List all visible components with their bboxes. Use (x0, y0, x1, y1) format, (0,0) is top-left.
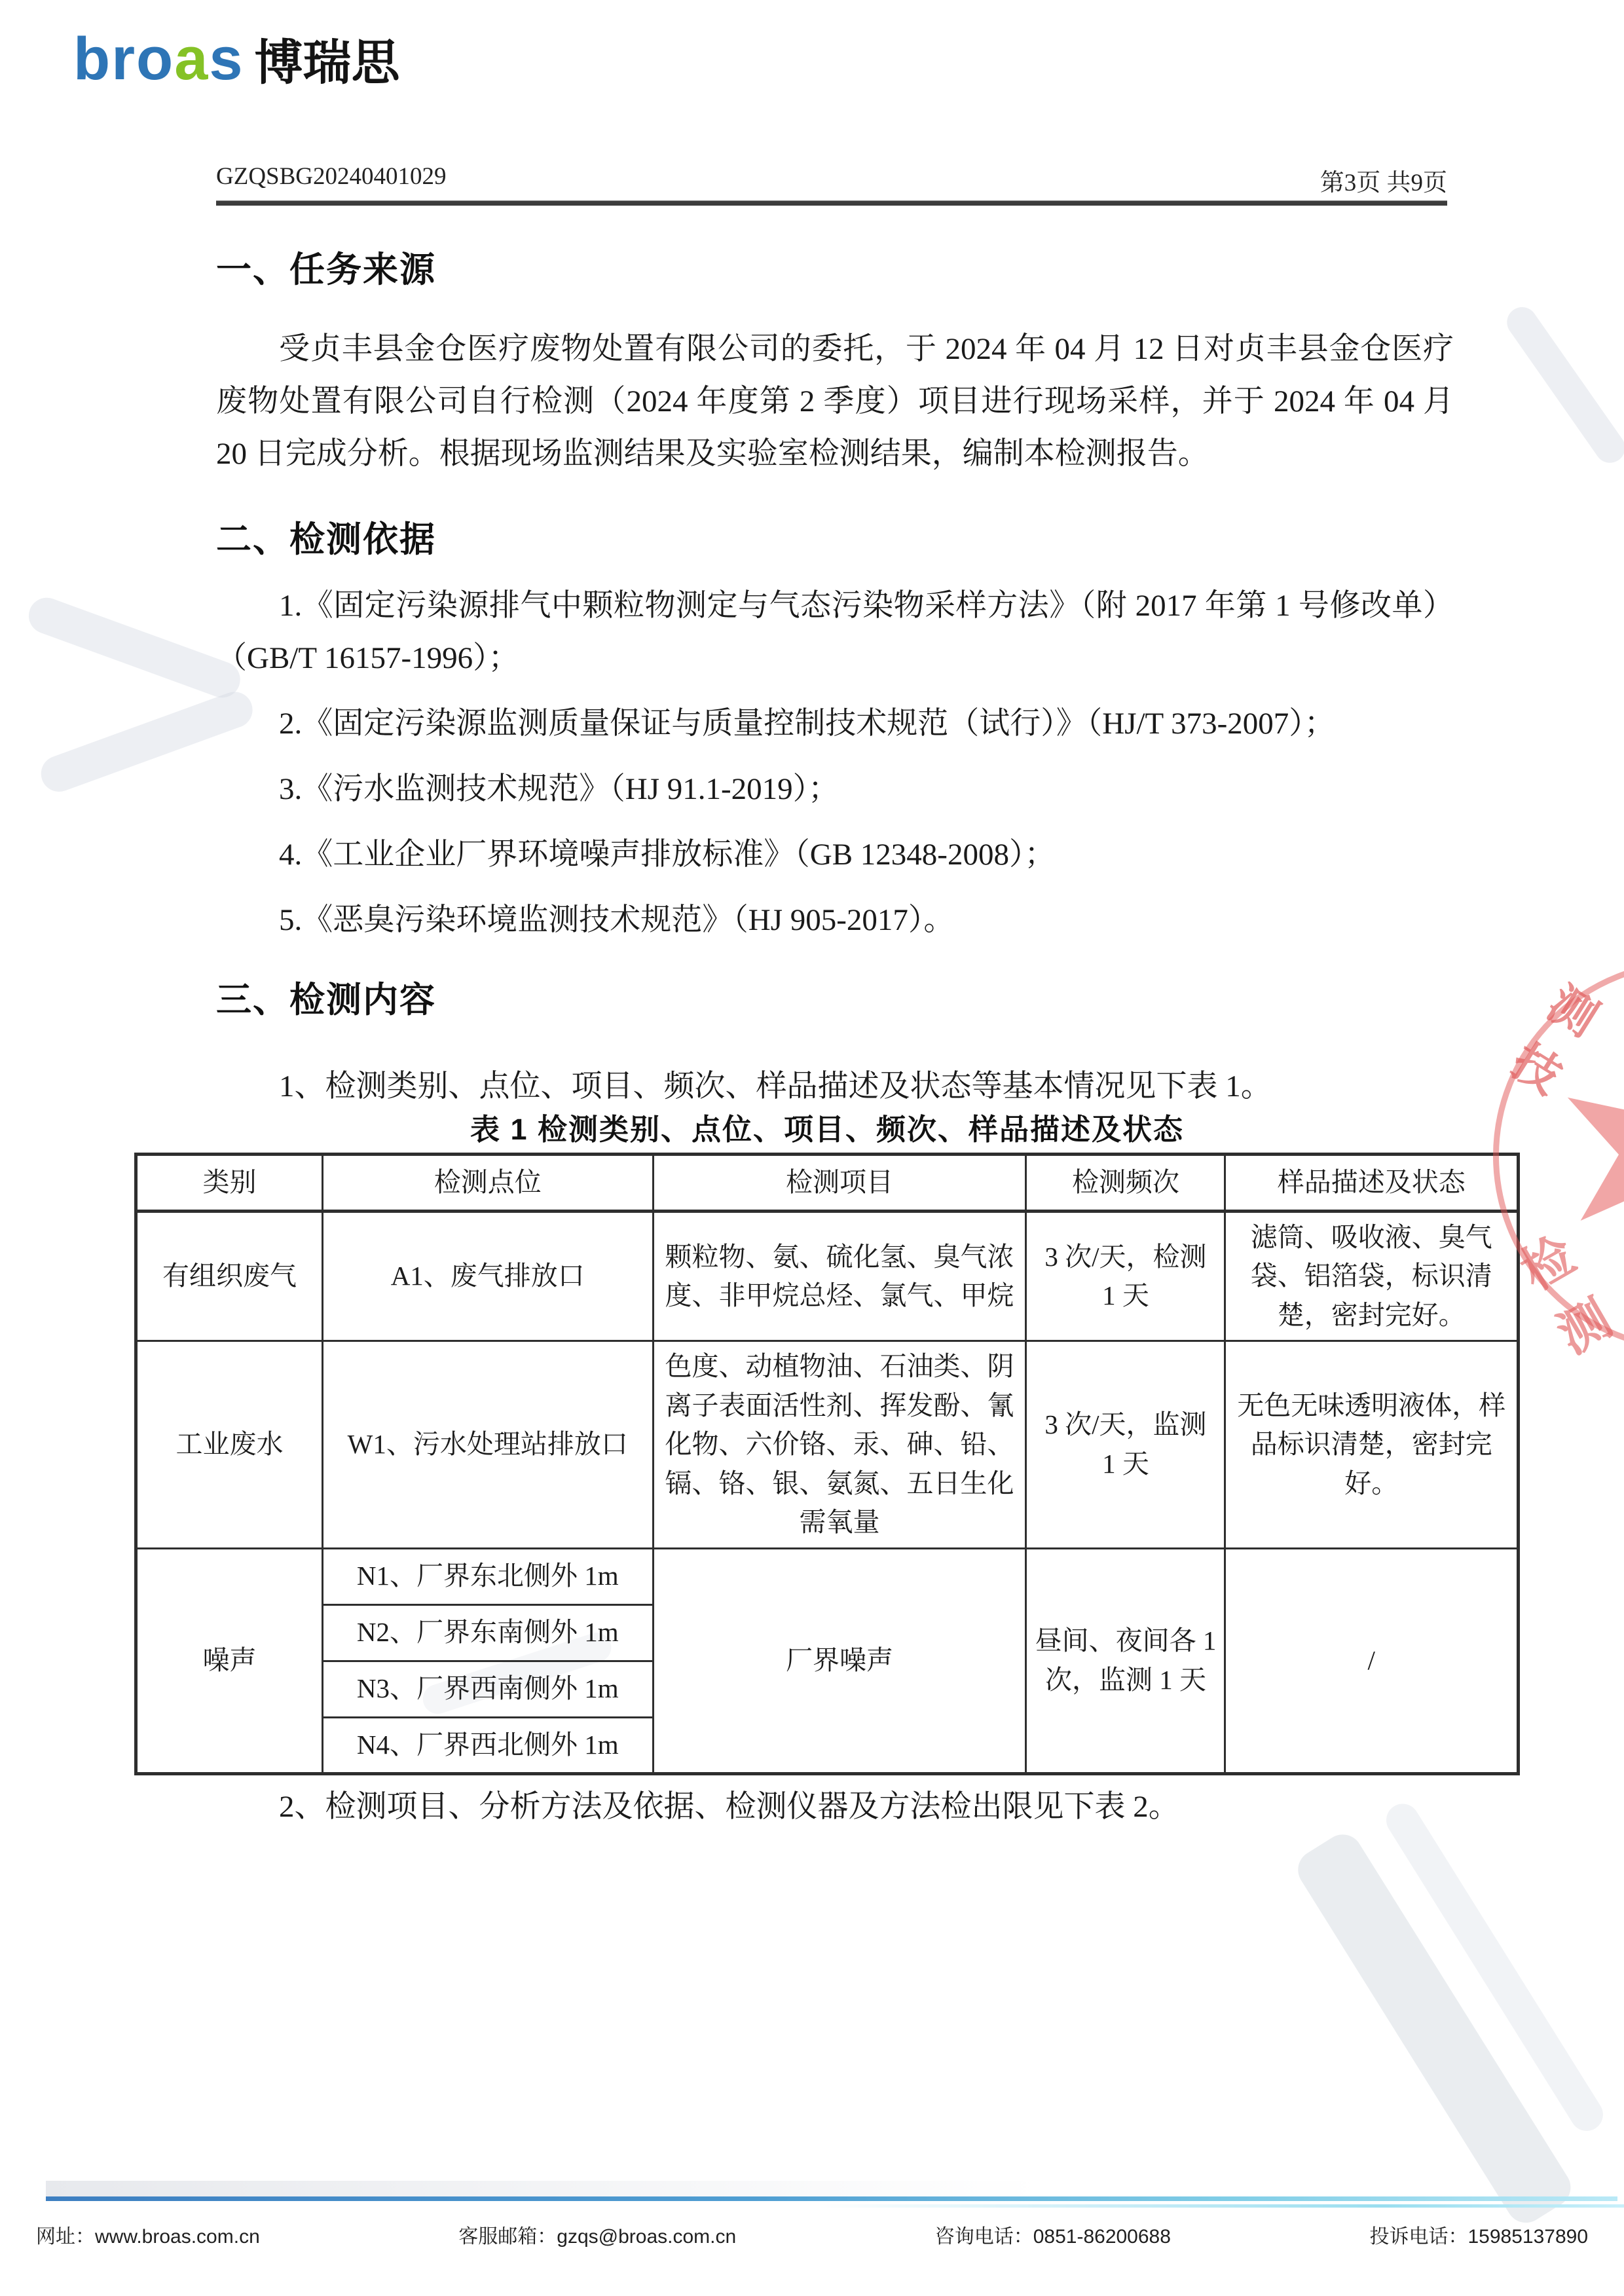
footer-phone: 咨询电话：0851-86200688 (935, 2220, 1171, 2249)
table1: 类别 检测点位 检测项目 检测频次 样品描述及状态 有组织废气 A1、废气排放口… (134, 1153, 1520, 1775)
cell-gas-sample: 滤筒、吸收液、臭气袋、铝箔袋，标识清楚，密封完好。 (1225, 1212, 1519, 1341)
footer-blue-rule (46, 2196, 1617, 2201)
page-footer: 网址：www.broas.com.cn 客服邮箱：gzqs@broas.com.… (36, 2220, 1588, 2249)
brand-letters-blue: bro (73, 26, 174, 92)
column-header-frequency: 检测频次 (1026, 1155, 1225, 1212)
stamp-arc-text-bottom: 检测 (1505, 1197, 1624, 1368)
table-header-row: 类别 检测点位 检测项目 检测频次 样品描述及状态 (136, 1155, 1519, 1212)
cell-water-point: W1、污水处理站排放口 (322, 1341, 653, 1548)
cell-gas-items: 颗粒物、氨、硫化氢、臭气浓度、非甲烷总烃、氯气、甲烷 (653, 1212, 1026, 1341)
cell-noise-point-n1: N1、厂界东北侧外 1m (322, 1548, 653, 1604)
cell-noise-point-n3: N3、厂界西南侧外 1m (322, 1661, 653, 1717)
column-header-category: 类别 (136, 1155, 323, 1212)
section3-item2: 2、检测项目、分析方法及依据、检测仪器及方法检出限见下表 2。 (216, 1781, 1454, 1833)
section1-title: 一、任务来源 (216, 251, 436, 289)
cell-noise-category: 噪声 (136, 1548, 323, 1773)
list-item: 5.《恶臭污染环境监测技术规范》（HJ 905-2017）。 (216, 894, 1454, 946)
footer-cyan-rule (819, 2204, 1624, 2208)
brand-letter-blue2: s (209, 26, 244, 92)
cell-gas-category: 有组织废气 (136, 1212, 323, 1341)
section3-item1: 1、检测类别、点位、项目、频次、样品描述及状态等基本情况见下表 1。 (216, 1060, 1454, 1113)
column-header-items: 检测项目 (653, 1155, 1026, 1212)
watermark-stripe (24, 593, 245, 703)
cell-noise-frequency: 昼间、夜间各 1 次，监测 1 天 (1026, 1548, 1225, 1773)
cell-noise-point-n4: N4、厂界西北侧外 1m (322, 1717, 653, 1773)
document-page: broas 博瑞思 GZQSBG20240401029 第3页 共9页 一、任务… (0, 0, 1624, 2296)
section3-title: 三、检测内容 (216, 981, 436, 1020)
section2-list: 1.《固定污染源排气中颗粒物测定与气态污染物采样方法》（附 2017 年第 1 … (216, 580, 1454, 959)
list-item: 3.《污水监测技术规范》（HJ 91.1-2019）； (216, 763, 1454, 815)
brand-letter-green: a (174, 26, 209, 92)
cell-gas-point: A1、废气排放口 (322, 1212, 653, 1341)
cell-noise-point-n2: N2、厂界东南侧外 1m (322, 1604, 653, 1661)
page-number-info: 第3页 共9页 (1320, 162, 1447, 198)
brand-logo-cjk: 博瑞思 (255, 39, 400, 87)
section2-title: 二、检测依据 (216, 521, 436, 559)
watermark-stripe (1291, 1827, 1578, 2230)
cell-water-category: 工业废水 (136, 1341, 323, 1548)
brand-logo: broas 博瑞思 (73, 29, 400, 89)
footer-complaint-phone: 投诉电话：15985137890 (1369, 2220, 1588, 2249)
table1-title: 表 1 检测类别、点位、项目、频次、样品描述及状态 (134, 1105, 1520, 1148)
column-header-point: 检测点位 (322, 1155, 653, 1212)
cell-water-frequency: 3 次/天，监测 1 天 (1026, 1341, 1225, 1548)
brand-logo-latin: broas (73, 29, 244, 89)
cell-water-items: 色度、动植物油、石油类、阴离子表面活性剂、挥发酚、氰化物、六价铬、汞、砷、铅、镉… (653, 1341, 1026, 1548)
list-item: 2.《固定污染源监测质量保证与质量控制技术规范（试行）》（HJ/T 373-20… (216, 697, 1454, 750)
cell-noise-items: 厂界噪声 (653, 1548, 1026, 1773)
table1-wrap: 类别 检测点位 检测项目 检测频次 样品描述及状态 有组织废气 A1、废气排放口… (134, 1153, 1520, 1775)
header-divider (216, 200, 1447, 206)
table-row-gas: 有组织废气 A1、废气排放口 颗粒物、氨、硫化氢、臭气浓度、非甲烷总烃、氯气、甲… (136, 1212, 1519, 1341)
table-row-wastewater: 工业废水 W1、污水处理站排放口 色度、动植物油、石油类、阴离子表面活性剂、挥发… (136, 1341, 1519, 1548)
watermark-stripe (1501, 301, 1624, 469)
list-item: 1.《固定污染源排气中颗粒物测定与气态污染物采样方法》（附 2017 年第 1 … (216, 580, 1454, 684)
footer-email: 客服邮箱：gzqs@broas.com.cn (458, 2220, 736, 2249)
watermark-stripe (1380, 1798, 1610, 2137)
cell-noise-sample: / (1225, 1548, 1519, 1773)
stamp-star-icon: ★ (1518, 992, 1624, 1297)
page-header: GZQSBG20240401029 第3页 共9页 (216, 162, 1447, 198)
cell-gas-frequency: 3 次/天，检测 1 天 (1026, 1212, 1225, 1341)
footer-website: 网址：www.broas.com.cn (36, 2220, 260, 2249)
list-item: 4.《工业企业厂界环境噪声排放标准》（GB 12348-2008）； (216, 828, 1454, 881)
column-header-sample: 样品描述及状态 (1225, 1155, 1519, 1212)
section1-paragraph: 受贞丰县金仓医疗废物处置有限公司的委托，于 2024 年 04 月 12 日对贞… (216, 323, 1454, 480)
report-number: GZQSBG20240401029 (216, 162, 447, 198)
table-row-noise-1: 噪声 N1、厂界东北侧外 1m 厂界噪声 昼间、夜间各 1 次，监测 1 天 / (136, 1548, 1519, 1604)
cell-water-sample: 无色无味透明液体，样品标识清楚，密封完好。 (1225, 1341, 1519, 1548)
